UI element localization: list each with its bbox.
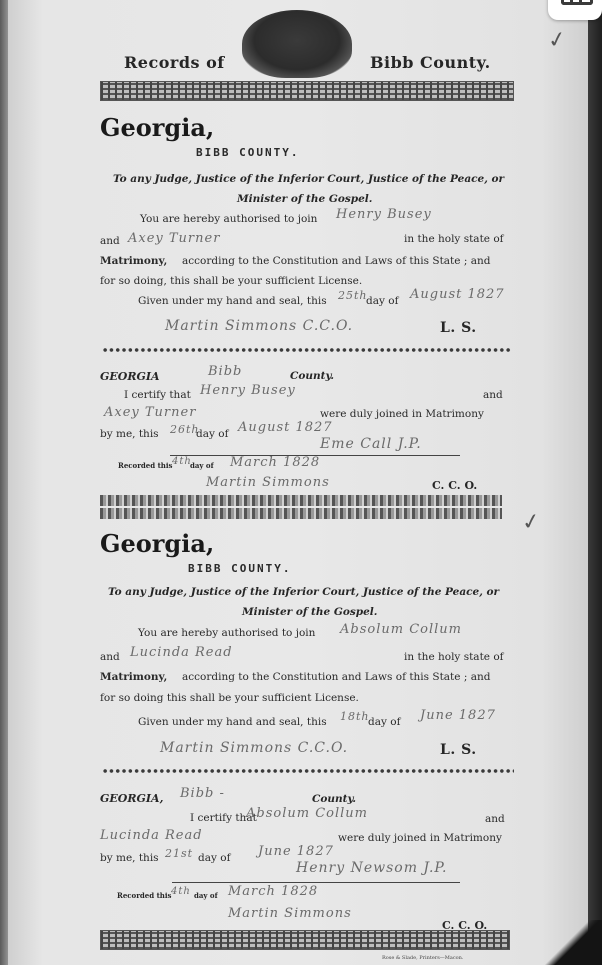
given-text: Given under my hand and seal, this [138, 716, 327, 728]
certificate-county-label: County. [312, 793, 356, 805]
license-state-title: Georgia, [100, 113, 214, 142]
groom-name: Absolum Collum [340, 622, 462, 637]
day-of-label: day of [368, 716, 400, 728]
certify-text: I certify that [124, 389, 191, 401]
certificate-county-name: Bibb [208, 364, 242, 379]
clerk-signature: Martin Simmons C.C.O. [165, 318, 353, 334]
and-label: and [100, 235, 120, 247]
certificate-month-year: August 1827 [238, 420, 333, 435]
license-address-line1: To any Judge, Justice of the Inferior Co… [113, 173, 504, 185]
constitution-text: according to the Constitution and Laws o… [182, 671, 490, 683]
certificate-month-year: June 1827 [258, 844, 334, 859]
holy-state-text: in the holy state of [404, 651, 504, 663]
recorded-month-year: March 1828 [228, 884, 318, 899]
license-line: for so doing, this shall be your suffici… [100, 275, 362, 287]
license-address-line1: To any Judge, Justice of the Inferior Co… [108, 586, 499, 598]
day-of-label: day of [194, 891, 218, 900]
recorded-month-year: March 1828 [230, 455, 320, 470]
menu-button[interactable] [548, 0, 602, 20]
certificate-day: 21st [165, 847, 193, 860]
license-county-heading: BIBB COUNTY. [196, 146, 299, 159]
license-county-heading: BIBB COUNTY. [188, 562, 291, 575]
certificate-county-name: Bibb - [180, 786, 225, 801]
recorded-day: 4th [171, 886, 191, 897]
grid-menu-icon [561, 0, 593, 5]
dotted-divider [102, 768, 514, 774]
certificate-bride: Lucinda Read [100, 828, 203, 843]
authorised-text: You are hereby authorised to join [140, 213, 317, 225]
recorded-text: Recorded this [118, 461, 173, 470]
certificate-groom: Henry Busey [200, 383, 296, 398]
recorded-clerk: Martin Simmons [228, 906, 352, 921]
signature-rule [172, 882, 460, 883]
license-state-title: Georgia, [100, 529, 214, 558]
header-title-left: Records of [124, 53, 225, 72]
certificate-state: GEORGIA [100, 370, 160, 383]
bride-name: Lucinda Read [130, 645, 233, 660]
ornamental-leaf-border [100, 495, 502, 519]
and-label: and [483, 389, 503, 401]
clerk-signature: Martin Simmons C.C.O. [160, 740, 348, 756]
printer-imprint: Rose & Slade, Printers—Macon. [382, 955, 464, 961]
given-month-year: June 1827 [420, 708, 496, 723]
matrimony-word: Matrimony, [100, 255, 167, 267]
header-title-right: Bibb County. [370, 53, 491, 72]
holy-state-text: in the holy state of [404, 233, 504, 245]
officiant-signature: Henry Newsom J.P. [296, 860, 447, 876]
certificate-groom: Absolum Collum [246, 806, 368, 821]
joined-text: were duly joined in Matrimony [320, 408, 484, 420]
ornamental-border-bottom [100, 930, 510, 950]
by-me-text: by me, this [100, 852, 159, 864]
given-month-year: August 1827 [410, 287, 505, 302]
constitution-text: according to the Constitution and Laws o… [182, 255, 490, 267]
matrimony-word: Matrimony, [100, 671, 167, 683]
license-line: for so doing this shall be your sufficie… [100, 692, 359, 704]
recorded-clerk: Martin Simmons [206, 475, 330, 490]
certificate-state: GEORGIA, [100, 792, 163, 805]
bride-name: Axey Turner [128, 231, 220, 246]
page-right-edge [588, 0, 602, 965]
officiant-signature: Eme Call J.P. [320, 436, 422, 452]
recorded-text: Recorded this [117, 891, 172, 900]
certificate-bride: Axey Turner [104, 405, 196, 420]
day-of-label: day of [196, 428, 228, 440]
certificate-county-label: County. [290, 370, 334, 382]
license-address-line2: Minister of the Gospel. [237, 193, 372, 205]
and-label: and [485, 813, 505, 825]
day-of-label: day of [366, 295, 398, 307]
joined-text: were duly joined in Matrimony [338, 832, 502, 844]
ornamental-border-top [100, 81, 514, 101]
seal-mark: L. S. [440, 320, 477, 336]
license-address-line2: Minister of the Gospel. [242, 606, 377, 618]
page-corner-shadow [542, 920, 602, 965]
seal-mark: L. S. [440, 742, 477, 758]
day-of-label: day of [190, 461, 214, 470]
recorded-day: 4th [172, 456, 192, 467]
given-text: Given under my hand and seal, this [138, 295, 327, 307]
and-label: and [100, 651, 120, 663]
authorised-text: You are hereby authorised to join [138, 627, 315, 639]
dotted-divider [102, 347, 512, 353]
groom-name: Henry Busey [336, 207, 432, 222]
given-day: 18th [340, 710, 370, 723]
recorded-clerk-title: C. C. O. [432, 479, 477, 492]
given-day: 25th [338, 289, 368, 302]
courthouse-emblem-icon [242, 10, 352, 78]
day-of-label: day of [198, 852, 230, 864]
by-me-text: by me, this [100, 428, 159, 440]
